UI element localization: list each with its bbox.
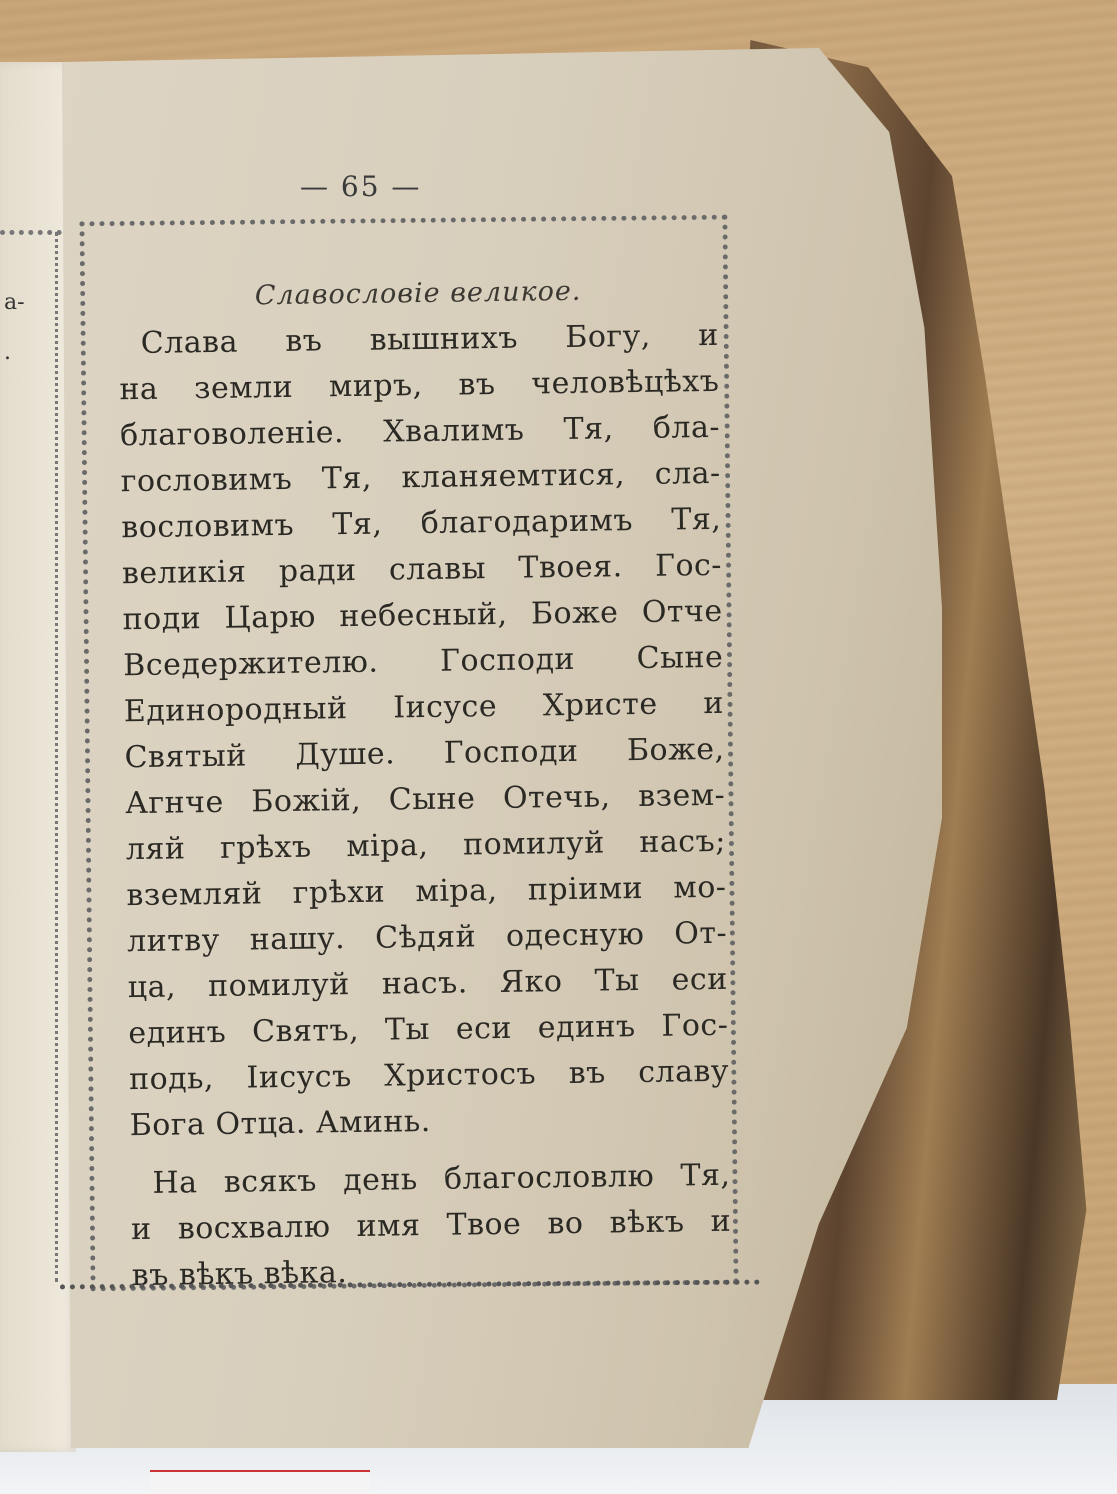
text-line: на земли миръ, въ человѣцѣхъ: [119, 359, 720, 413]
paragraph-doxology: Слава въ вышнихъ Богу, и на земли миръ, …: [118, 313, 730, 1149]
text-line: великія ради славы Твоея. Гос-: [122, 543, 723, 597]
text-line: Агнче Божій, Сыне Отечь, взем-: [125, 773, 726, 827]
text-line: въ вѣкъ вѣка.: [131, 1245, 732, 1299]
printed-label-strip: [150, 1470, 370, 1494]
text-line: ца, помилуй насъ. Яко Ты еси: [127, 957, 728, 1011]
text-line: и восхвалю имя Твое во вѣкъ и: [131, 1199, 732, 1253]
text-line: Единородный Іисусе Христе и: [124, 681, 725, 735]
text-line: благоволеніе. Хвалимъ Тя, бла-: [120, 405, 721, 459]
text-line: Слава въ вышнихъ Богу, и: [118, 313, 719, 367]
left-page-fragment: а-: [4, 290, 25, 315]
left-page-fragment: .: [4, 340, 11, 365]
text-line: Вседержителю. Господи Сыне: [123, 635, 724, 689]
text-line: ляй грѣхъ міра, помилуй насъ;: [126, 819, 727, 873]
text-line: вословимъ Тя, благодаримъ Тя,: [121, 497, 722, 551]
text-line: Бога Отца. Аминь.: [129, 1095, 730, 1149]
text-line: гословимъ Тя, кланяемтися, сла-: [120, 451, 721, 505]
text-line: вземляй грѣхи міра, пріими мо-: [126, 865, 727, 919]
text-line: единъ Святъ, Ты еси единъ Гос-: [128, 1003, 729, 1057]
text-line: подь, Іисусъ Христосъ въ славу: [129, 1049, 730, 1103]
text-line: литву нашу. Сѣдяй одесную От-: [127, 911, 728, 965]
page-number: — 65 —: [300, 170, 421, 203]
text-line: На всякъ день благословлю Тя,: [130, 1153, 731, 1207]
text-line: Святый Душе. Господи Боже,: [124, 727, 725, 781]
page-text: Славословіе великое. Слава въ вышнихъ Бо…: [118, 274, 732, 1299]
text-line: поди Царю небесный, Боже Отче: [122, 589, 723, 643]
paragraph-blessing: На всякъ день благословлю Тя, и восхвалю…: [130, 1153, 732, 1299]
